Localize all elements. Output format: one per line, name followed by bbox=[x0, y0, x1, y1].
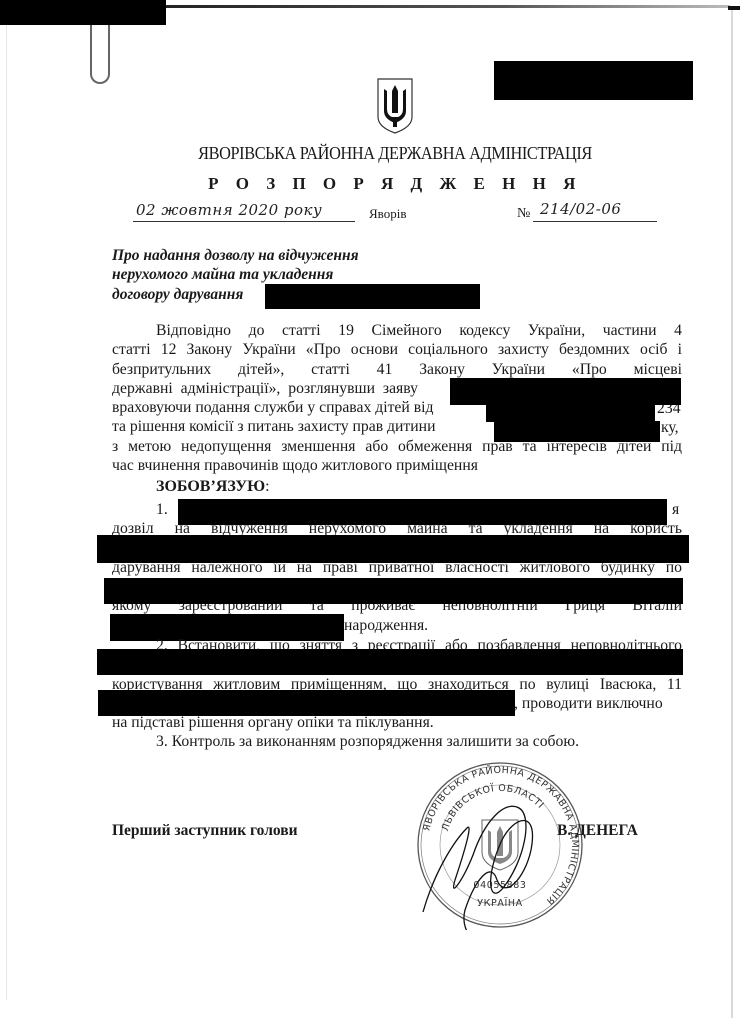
item-line: на підставі рішення органу опіки та пікл… bbox=[112, 713, 682, 732]
decree-word-text: ЗОБОВ’ЯЗУЮ bbox=[156, 478, 265, 495]
redaction-block bbox=[178, 499, 667, 525]
redaction-block bbox=[450, 378, 681, 405]
organization-name: ЯВОРІВСЬКА РАЙОННА ДЕРЖАВНА АДМІНІСТРАЦІ… bbox=[28, 143, 744, 164]
handwritten-number: 214/02-06 bbox=[540, 200, 621, 218]
subject-line: нерухомого майна та укладення bbox=[112, 265, 359, 284]
redaction-block bbox=[494, 421, 660, 442]
signatory-name: В. ДЕНЕГА bbox=[557, 822, 638, 840]
decree-colon: : bbox=[265, 478, 269, 495]
date-underline bbox=[133, 221, 355, 222]
item-tail: я bbox=[672, 500, 679, 519]
page-edge-left bbox=[6, 20, 7, 1000]
preamble-line: Відповідно до статті 19 Сімейного кодекс… bbox=[112, 321, 682, 340]
redaction-block bbox=[98, 690, 515, 716]
place: Яворів bbox=[369, 206, 406, 222]
subject-line: Про надання дозволу на відчуження bbox=[112, 246, 359, 265]
redaction-block bbox=[0, 0, 166, 25]
number-sign: № bbox=[517, 206, 530, 222]
redaction-block bbox=[494, 61, 693, 100]
redaction-block bbox=[265, 284, 480, 309]
item-line: 3. Контроль за виконанням розпорядження … bbox=[112, 732, 682, 751]
redaction-block bbox=[486, 402, 655, 422]
preamble-tail: ку, bbox=[661, 418, 679, 437]
official-stamp: ЯВОРІВСЬКА РАЙОННА ДЕРЖАВНА АДМІНІСТРАЦІ… bbox=[415, 760, 585, 930]
preamble-line: безпритульних дітей», статті 41 Закону У… bbox=[112, 360, 682, 379]
redaction-block bbox=[97, 535, 689, 563]
redaction-block bbox=[97, 649, 683, 675]
stamp-country: УКРАЇНА bbox=[477, 898, 522, 909]
handwritten-date: 02 жовтня 2020 року bbox=[136, 201, 322, 219]
preamble-line: час вчинення правочинів щодо житлового п… bbox=[112, 456, 682, 475]
decree-word: ЗОБОВ’ЯЗУЮ: bbox=[156, 478, 270, 496]
ukraine-trident-icon bbox=[376, 77, 414, 135]
paperclip-icon bbox=[90, 20, 110, 84]
page-edge-top bbox=[160, 5, 730, 8]
redaction-block bbox=[104, 578, 683, 604]
signatory-role: Перший заступник голови bbox=[112, 822, 298, 840]
preamble-line: статті 12 Закону України «Про основи соц… bbox=[112, 340, 682, 359]
document-type: Р О З П О Р Я Д Ж Е Н Н Я bbox=[0, 174, 744, 194]
page-edge-mark bbox=[728, 6, 740, 10]
number-underline bbox=[533, 221, 657, 222]
